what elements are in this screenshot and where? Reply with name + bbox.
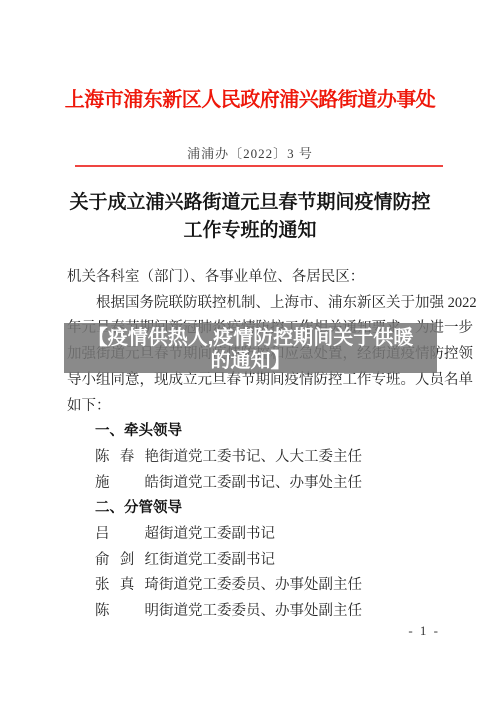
page-number: - 1 - xyxy=(408,623,440,639)
document-body: 机关各科室（部门）、各事业单位、各居民区： 根据国务院联防联控机制、上海市、浦东… xyxy=(67,265,445,625)
member-row: 施 皓街道党工委副书记、办事处主任 xyxy=(67,471,445,497)
member-title: 街道党工委书记、人大工委主任 xyxy=(159,449,362,465)
watermark-caption-line2: 的通知】 xyxy=(64,350,437,373)
section-heading-deputy-leaders: 二、分管领导 xyxy=(67,496,445,522)
section-heading-lead-leaders: 一、牵头领导 xyxy=(67,419,445,445)
member-name: 张真琦 xyxy=(95,573,159,599)
document-title: 关于成立浦兴路街道元旦春节期间疫情防控 工作专班的通知 xyxy=(0,189,500,245)
member-row: 张真琦街道党工委委员、办事处副主任 xyxy=(67,573,445,599)
member-name: 陈 明 xyxy=(95,599,159,625)
member-row: 陈 明街道党工委委员、办事处副主任 xyxy=(67,599,445,625)
salutation-line: 机关各科室（部门）、各事业单位、各居民区： xyxy=(67,265,445,291)
member-name: 俞剑红 xyxy=(95,548,159,574)
document-number: 浦浦办〔2022〕3 号 xyxy=(0,143,500,162)
header-divider-line xyxy=(75,165,443,167)
document-title-line2: 工作专班的通知 xyxy=(0,217,500,245)
member-name: 施 皓 xyxy=(95,471,159,497)
member-name: 吕 超 xyxy=(95,522,159,548)
paragraph-line: 根据国务院联防联控机制、上海市、浦东新区关于加强 2022 xyxy=(67,291,445,317)
watermark-caption-overlay: 【疫情供热人,疫情防控期间关于供暖 的通知】 xyxy=(64,323,437,373)
member-title: 街道党工委副书记、办事处主任 xyxy=(159,475,362,491)
member-name: 陈春艳 xyxy=(95,445,159,471)
member-row: 陈春艳街道党工委书记、人大工委主任 xyxy=(67,445,445,471)
member-title: 街道党工委副书记 xyxy=(159,552,275,568)
document-title-line1: 关于成立浦兴路街道元旦春节期间疫情防控 xyxy=(0,189,500,217)
watermark-caption-line1: 【疫情供热人,疫情防控期间关于供暖 xyxy=(64,327,437,350)
paragraph-line: 如下： xyxy=(67,394,445,420)
member-title: 街道党工委委员、办事处副主任 xyxy=(159,603,362,619)
issuing-org-title: 上海市浦东新区人民政府浦兴路街道办事处 xyxy=(0,83,500,112)
member-row: 俞剑红街道党工委副书记 xyxy=(67,548,445,574)
member-row: 吕 超街道党工委副书记 xyxy=(67,522,445,548)
document-page: 上海市浦东新区人民政府浦兴路街道办事处 浦浦办〔2022〕3 号 关于成立浦兴路… xyxy=(0,0,500,707)
member-title: 街道党工委副书记 xyxy=(159,526,275,542)
member-title: 街道党工委委员、办事处副主任 xyxy=(159,577,362,593)
